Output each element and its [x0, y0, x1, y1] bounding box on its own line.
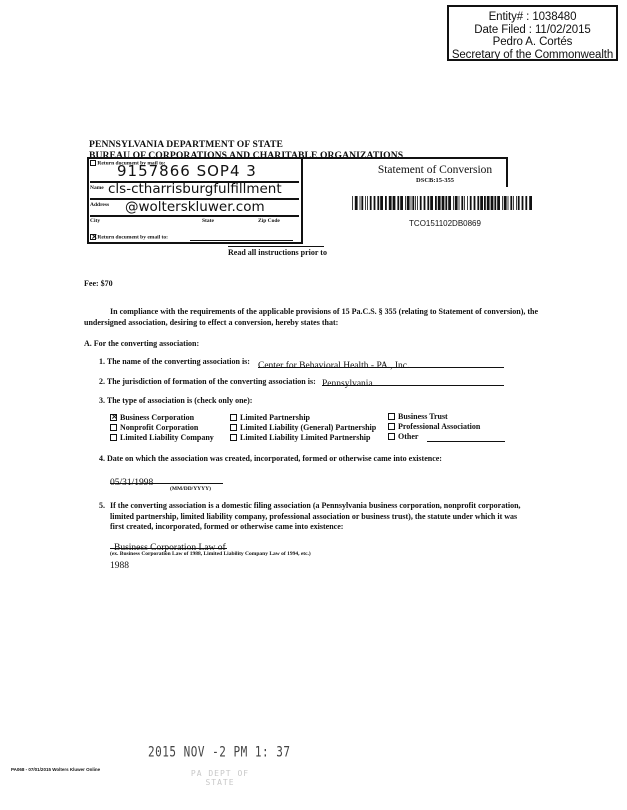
name-label: Name: [90, 185, 104, 191]
received-time-stamp: 2015 NOV -2 PM 1: 37: [148, 744, 290, 760]
official-office: Secretary of the Commonwealth: [449, 49, 616, 62]
filing-stamp: Entity# : 1038480 Date Filed : 11/02/201…: [447, 5, 618, 61]
official-name: Pedro A. Cortés: [449, 36, 616, 49]
item-3: 3. The type of association is (check onl…: [99, 396, 252, 405]
checkbox-icon[interactable]: [388, 423, 395, 430]
barcode-number: TCO151102DB0869: [340, 219, 550, 228]
item-2-number: 2.: [99, 377, 105, 386]
statute-field[interactable]: Business Corporation Law of 1988: [110, 537, 227, 549]
checkbox-icon[interactable]: [110, 434, 117, 441]
type-limited-liability-general-partnership[interactable]: Limited Liability (General) Partnership: [230, 423, 376, 433]
zip-label: Zip Code: [258, 218, 280, 224]
box-top-rule: [301, 157, 507, 159]
checkbox-icon[interactable]: [230, 424, 237, 431]
creation-date-field[interactable]: 05/31/1998: [110, 472, 223, 484]
item-1-label: The name of the converting association i…: [107, 357, 250, 366]
checkbox-icon[interactable]: [230, 414, 237, 421]
form-id: PA068 - 07/01/2015 Wolters Kluwer Online: [11, 767, 100, 772]
box-divider: [301, 157, 303, 244]
other-line: [427, 441, 505, 442]
item-2-label: The jurisdiction of formation of the con…: [107, 377, 316, 386]
entity-number: Entity# : 1038480: [449, 11, 616, 24]
creation-date-value: 05/31/1998: [110, 478, 153, 488]
item-5-label: If the converting association is a domes…: [110, 501, 530, 533]
faded-department-stamp: PA DEPT OF STATE: [165, 769, 275, 787]
item-5-number: 5.: [99, 501, 105, 510]
type-nonprofit-corporation[interactable]: Nonprofit Corporation: [110, 423, 214, 433]
item-1-number: 1.: [99, 357, 105, 366]
return-by-email-checkbox[interactable]: [90, 234, 96, 240]
barcode: [352, 196, 532, 210]
association-type-col-2: Limited Partnership Limited Liability (G…: [230, 413, 376, 443]
checkbox-icon[interactable]: [110, 424, 117, 431]
type-business-corporation[interactable]: Business Corporation: [110, 413, 214, 423]
item-4: 4. Date on which the association was cre…: [99, 454, 442, 463]
type-professional-association[interactable]: Professional Association: [388, 422, 480, 432]
address-line: [90, 215, 299, 217]
name-field[interactable]: cls-ctharrisburgfulfillment: [108, 182, 282, 196]
type-business-trust[interactable]: Business Trust: [388, 412, 480, 422]
state-label: State: [202, 218, 214, 224]
fee: Fee: $70: [84, 279, 113, 288]
statement-title: Statement of Conversion: [340, 164, 530, 176]
type-limited-liability-company[interactable]: Limited Liability Company: [110, 433, 214, 443]
checkbox-icon[interactable]: [388, 433, 395, 440]
item-3-label: The type of association is (check only o…: [107, 396, 253, 405]
return-by-mail-checkbox[interactable]: [90, 160, 96, 166]
association-name-field[interactable]: Center for Behavioral Health - PA., Inc.: [258, 355, 504, 368]
item-1: 1. The name of the converting associatio…: [99, 357, 250, 366]
date-filed: Date Filed : 11/02/2015: [449, 24, 616, 37]
item-3-number: 3.: [99, 396, 105, 405]
item-2: 2. The jurisdiction of formation of the …: [99, 377, 316, 386]
checkbox-checked-icon[interactable]: [110, 414, 117, 421]
statute-value: Business Corporation Law of 1988: [110, 543, 226, 571]
checkbox-icon[interactable]: [230, 434, 237, 441]
handwritten-reference: 9157866 SOP4 3: [117, 164, 257, 178]
association-type-col-1: Business Corporation Nonprofit Corporati…: [110, 413, 214, 443]
intro-paragraph: In compliance with the requirements of t…: [84, 306, 544, 328]
return-by-email-option[interactable]: Return document by email to:: [90, 234, 168, 240]
association-name-value: Center for Behavioral Health - PA., Inc.: [258, 361, 409, 371]
type-limited-partnership[interactable]: Limited Partnership: [230, 413, 376, 423]
checkbox-icon[interactable]: [388, 413, 395, 420]
type-limited-liability-limited-partnership[interactable]: Limited Liability Limited Partnership: [230, 433, 376, 443]
statement-code: DSCB:15-355: [340, 177, 530, 184]
item-4-number: 4.: [99, 454, 105, 463]
return-by-email-label: Return document by email to:: [97, 234, 168, 240]
section-a-heading: A. For the converting association:: [84, 339, 199, 348]
jurisdiction-value: Pennsylvania: [322, 379, 373, 389]
city-label: City: [90, 218, 100, 224]
date-format-hint: (MM/DD/YYYY): [170, 486, 211, 492]
read-all-rule: [228, 246, 324, 247]
email-line: [190, 240, 293, 241]
address-label: Address: [90, 202, 109, 208]
item-4-label: Date on which the association was create…: [107, 454, 442, 463]
association-type-col-3: Business Trust Professional Association …: [388, 412, 480, 442]
jurisdiction-field[interactable]: Pennsylvania: [322, 373, 504, 386]
address-field[interactable]: @wolterskluwer.com: [125, 200, 265, 214]
statute-example-hint: (ex. Business Corporation Law of 1988, L…: [110, 551, 311, 557]
read-instructions-note: Read all instructions prior to: [228, 248, 327, 257]
department-name: PENNSYLVANIA DEPARTMENT OF STATE: [89, 139, 403, 150]
